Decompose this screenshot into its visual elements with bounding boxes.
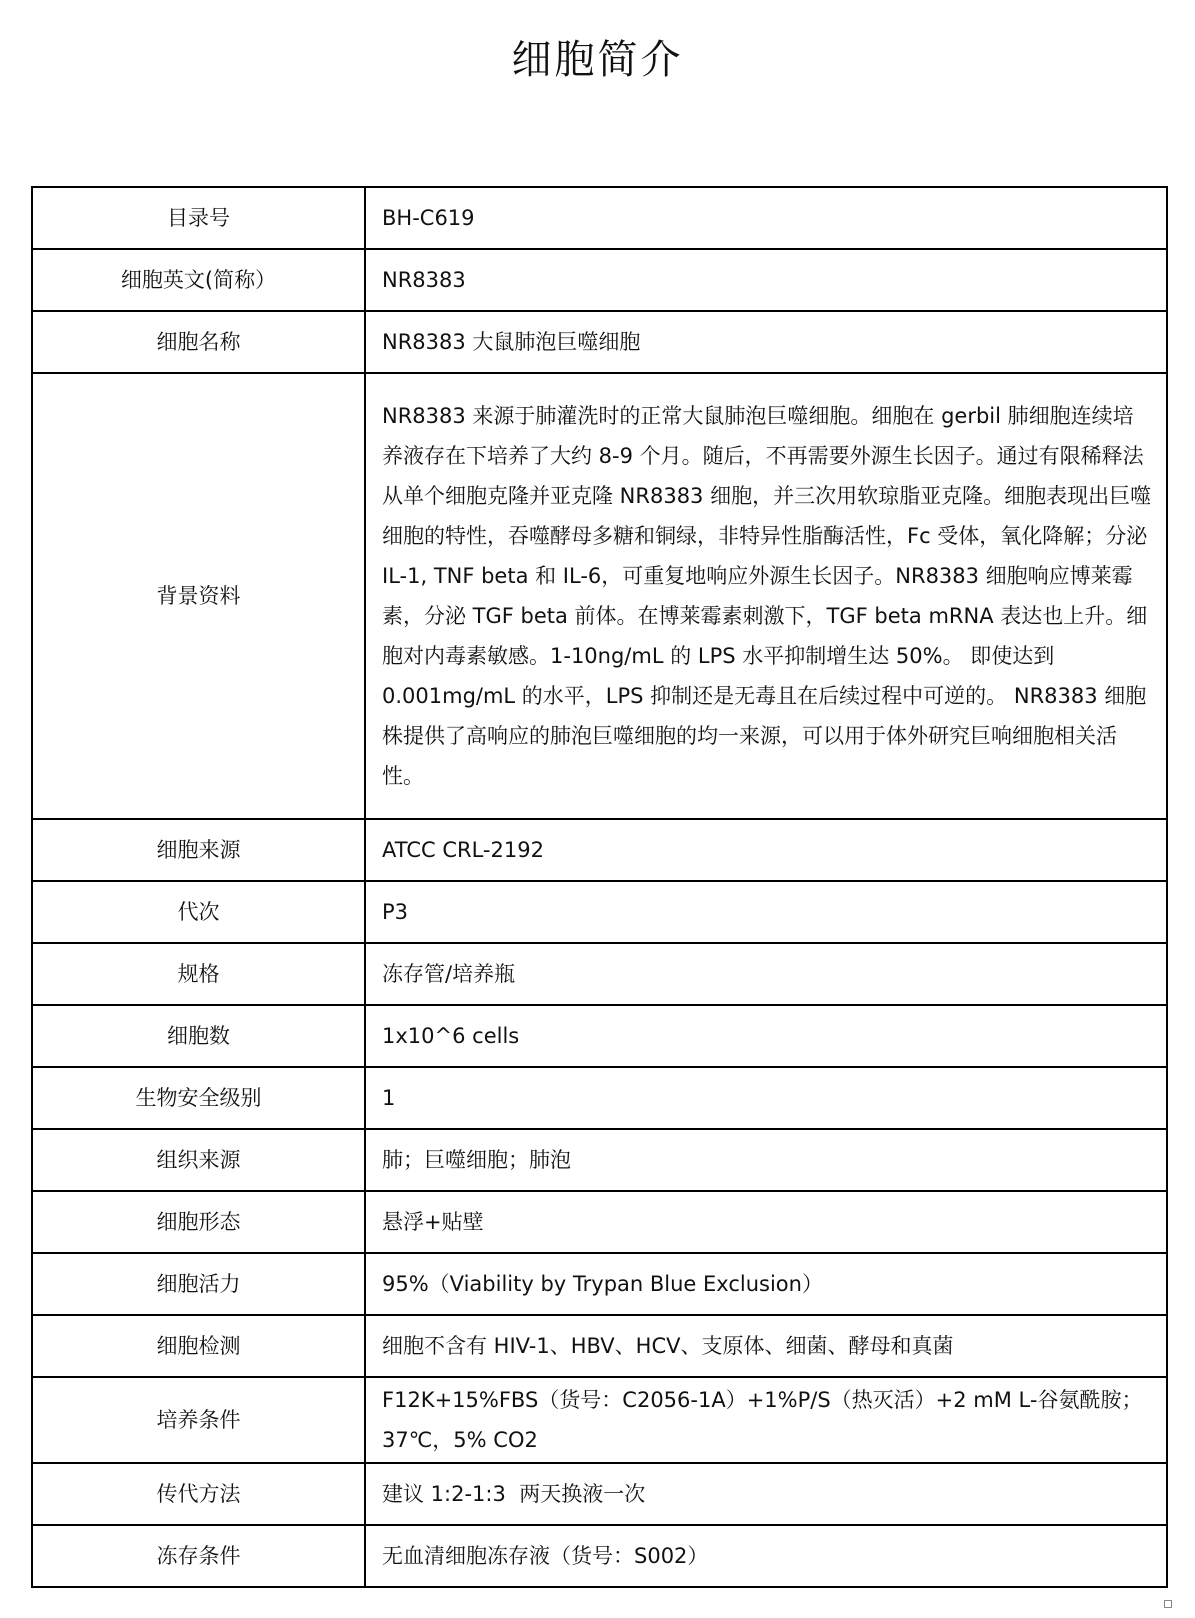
row-value: 1x10^6 cells xyxy=(365,1005,1167,1067)
row-catalog-number: 目录号 BH-C619 xyxy=(32,187,1167,249)
row-label: 细胞名称 xyxy=(32,311,365,373)
table-resize-handle[interactable] xyxy=(1164,1600,1172,1608)
row-value: F12K+15%FBS（货号：C2056-1A）+1%P/S（热灭活）+2 mM… xyxy=(365,1377,1167,1463)
row-value: 1 xyxy=(365,1067,1167,1129)
row-specification: 规格 冻存管/培养瓶 xyxy=(32,943,1167,1005)
row-value: BH-C619 xyxy=(365,187,1167,249)
page-title: 细胞简介 xyxy=(0,28,1195,85)
row-value: NR8383 大鼠肺泡巨噬细胞 xyxy=(365,311,1167,373)
row-label: 细胞形态 xyxy=(32,1191,365,1253)
row-label: 背景资料 xyxy=(32,373,365,819)
row-cell-name: 细胞名称 NR8383 大鼠肺泡巨噬细胞 xyxy=(32,311,1167,373)
row-value: 细胞不含有 HIV-1、HBV、HCV、支原体、细菌、酵母和真菌 xyxy=(365,1315,1167,1377)
row-english-name: 细胞英文(简称） NR8383 xyxy=(32,249,1167,311)
row-value: ATCC CRL-2192 xyxy=(365,819,1167,881)
row-cryopreservation: 冻存条件 无血清细胞冻存液（货号：S002） xyxy=(32,1525,1167,1587)
row-passage: 代次 P3 xyxy=(32,881,1167,943)
row-tissue-source: 组织来源 肺；巨噬细胞；肺泡 xyxy=(32,1129,1167,1191)
row-label: 培养条件 xyxy=(32,1377,365,1463)
row-background: 背景资料 NR8383 来源于肺灌洗时的正常大鼠肺泡巨噬细胞。细胞在 gerbi… xyxy=(32,373,1167,819)
row-value: NR8383 来源于肺灌洗时的正常大鼠肺泡巨噬细胞。细胞在 gerbil 肺细胞… xyxy=(365,373,1167,819)
row-cell-testing: 细胞检测 细胞不含有 HIV-1、HBV、HCV、支原体、细菌、酵母和真菌 xyxy=(32,1315,1167,1377)
cell-info-table: 目录号 BH-C619 细胞英文(简称） NR8383 细胞名称 NR8383 … xyxy=(31,186,1168,1588)
row-value: 冻存管/培养瓶 xyxy=(365,943,1167,1005)
row-cell-count: 细胞数 1x10^6 cells xyxy=(32,1005,1167,1067)
row-label: 目录号 xyxy=(32,187,365,249)
row-label: 代次 xyxy=(32,881,365,943)
row-culture-conditions: 培养条件 F12K+15%FBS（货号：C2056-1A）+1%P/S（热灭活）… xyxy=(32,1377,1167,1463)
row-value: 无血清细胞冻存液（货号：S002） xyxy=(365,1525,1167,1587)
row-value: P3 xyxy=(365,881,1167,943)
row-value: 95%（Viability by Trypan Blue Exclusion） xyxy=(365,1253,1167,1315)
row-label: 组织来源 xyxy=(32,1129,365,1191)
row-passage-method: 传代方法 建议 1:2-1:3 两天换液一次 xyxy=(32,1463,1167,1525)
row-label: 细胞来源 xyxy=(32,819,365,881)
row-label: 细胞英文(简称） xyxy=(32,249,365,311)
row-label: 规格 xyxy=(32,943,365,1005)
row-value: 悬浮+贴壁 xyxy=(365,1191,1167,1253)
row-value: NR8383 xyxy=(365,249,1167,311)
row-label: 细胞活力 xyxy=(32,1253,365,1315)
row-cell-source: 细胞来源 ATCC CRL-2192 xyxy=(32,819,1167,881)
row-label: 细胞检测 xyxy=(32,1315,365,1377)
row-label: 细胞数 xyxy=(32,1005,365,1067)
row-label: 冻存条件 xyxy=(32,1525,365,1587)
row-viability: 细胞活力 95%（Viability by Trypan Blue Exclus… xyxy=(32,1253,1167,1315)
row-label: 传代方法 xyxy=(32,1463,365,1525)
row-morphology: 细胞形态 悬浮+贴壁 xyxy=(32,1191,1167,1253)
row-biosafety-level: 生物安全级别 1 xyxy=(32,1067,1167,1129)
row-value: 建议 1:2-1:3 两天换液一次 xyxy=(365,1463,1167,1525)
row-value: 肺；巨噬细胞；肺泡 xyxy=(365,1129,1167,1191)
row-label: 生物安全级别 xyxy=(32,1067,365,1129)
